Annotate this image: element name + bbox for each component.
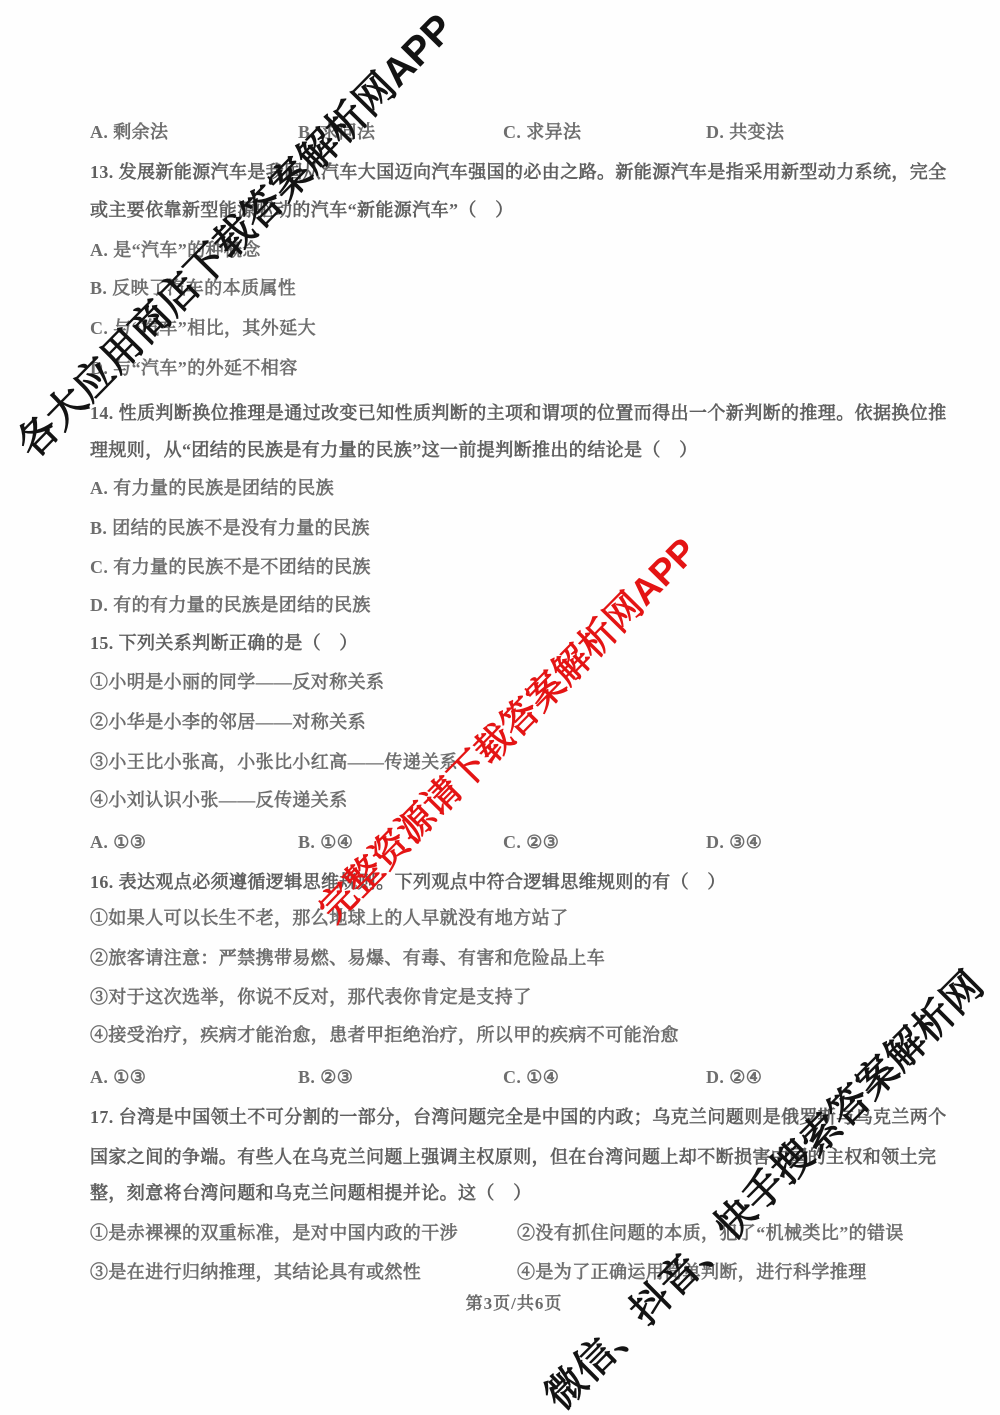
q17-item-3: ③是在进行归纳推理，其结论具有或然性 bbox=[90, 1259, 421, 1285]
q13-line-1: 13. 发展新能源汽车是我国从汽车大国迈向汽车强国的必由之路。新能源汽车是指采用… bbox=[90, 159, 938, 185]
q15-item-3: ③小王比小张高，小张比小红高——传递关系 bbox=[90, 749, 938, 775]
q14-option-b: B. 团结的民族不是没有力量的民族 bbox=[90, 515, 938, 541]
q14-line-1: 14. 性质判断换位推理是通过改变已知性质判断的主项和谓项的位置而得出一个新判断… bbox=[90, 400, 938, 426]
q15-option-a: A. ①③ bbox=[90, 829, 146, 855]
q16-item-1: ①如果人可以长生不老，那么地球上的人早就没有地方站了 bbox=[90, 905, 938, 931]
page-footer: 第3页/共6页 bbox=[90, 1289, 938, 1314]
q13-option-d: D. 与“汽车”的外延不相容 bbox=[90, 355, 938, 381]
q14-option-d: D. 有的有力量的民族是团结的民族 bbox=[90, 592, 938, 618]
q16-options-row: A. ①③ B. ②③ C. ①④ D. ②④ bbox=[90, 1064, 938, 1090]
q16-item-4: ④接受治疗，疾病才能治愈，患者甲拒绝治疗，所以甲的疾病不可能治愈 bbox=[90, 1022, 938, 1048]
q12-option-a: A. 剩余法 bbox=[90, 119, 168, 145]
q17-line-1: 17. 台湾是中国领土不可分割的一部分，台湾问题完全是中国的内政；乌克兰问题则是… bbox=[90, 1104, 938, 1130]
q12-option-b: B. 求同法 bbox=[298, 119, 375, 145]
q13-option-a: A. 是“汽车”的种概念 bbox=[90, 237, 938, 263]
q16-item-3: ③对于这次选举，你说不反对，那代表你肯定是支持了 bbox=[90, 984, 938, 1010]
q15-option-d: D. ③④ bbox=[706, 829, 762, 855]
q14-option-a: A. 有力量的民族是团结的民族 bbox=[90, 475, 938, 501]
q13-option-b: B. 反映了汽车的本质属性 bbox=[90, 275, 938, 301]
watermark-top-left: 各大应用商店下载答案解析网APP bbox=[2, 0, 465, 468]
q15-option-c: C. ②③ bbox=[503, 829, 559, 855]
q15-head: 15. 下列关系判断正确的是（ ） bbox=[90, 630, 938, 656]
q13-option-c: C. 与“汽车”相比，其外延大 bbox=[90, 315, 938, 341]
q17-item-2: ②没有抓住问题的本质，犯了“机械类比”的错误 bbox=[517, 1220, 904, 1246]
q12-option-c: C. 求异法 bbox=[503, 119, 581, 145]
q17-item-1: ①是赤裸裸的双重标准，是对中国内政的干涉 bbox=[90, 1220, 458, 1246]
exam-page: A. 剩余法 B. 求同法 C. 求异法 D. 共变法 13. 发展新能源汽车是… bbox=[0, 0, 1000, 1415]
q15-item-4: ④小刘认识小张——反传递关系 bbox=[90, 787, 938, 813]
q17-item-4: ④是为了正确运用简单判断，进行科学推理 bbox=[517, 1259, 867, 1285]
q15-option-b: B. ①④ bbox=[298, 829, 353, 855]
q17-items-row-1: ①是赤裸裸的双重标准，是对中国内政的干涉 ②没有抓住问题的本质，犯了“机械类比”… bbox=[90, 1220, 938, 1246]
q15-item-1: ①小明是小丽的同学——反对称关系 bbox=[90, 669, 938, 695]
q17-line-3: 整，刻意将台湾问题和乌克兰问题相提并论。这（ ） bbox=[90, 1180, 938, 1206]
q16-item-2: ②旅客请注意：严禁携带易燃、易爆、有毒、有害和危险品上车 bbox=[90, 945, 938, 971]
q17-items-row-2: ③是在进行归纳推理，其结论具有或然性 ④是为了正确运用简单判断，进行科学推理 bbox=[90, 1259, 938, 1285]
q16-option-d: D. ②④ bbox=[706, 1064, 762, 1090]
q16-option-c: C. ①④ bbox=[503, 1064, 559, 1090]
q16-option-b: B. ②③ bbox=[298, 1064, 353, 1090]
q16-head: 16. 表达观点必须遵循逻辑思维规则。下列观点中符合逻辑思维规则的有（ ） bbox=[90, 869, 938, 895]
q12-options-row: A. 剩余法 B. 求同法 C. 求异法 D. 共变法 bbox=[90, 119, 938, 145]
q17-line-2: 国家之间的争端。有些人在乌克兰问题上强调主权原则，但在台湾问题上却不断损害中国的… bbox=[90, 1144, 938, 1170]
q14-option-c: C. 有力量的民族不是不团结的民族 bbox=[90, 554, 938, 580]
q16-option-a: A. ①③ bbox=[90, 1064, 146, 1090]
q15-item-2: ②小华是小李的邻居——对称关系 bbox=[90, 709, 938, 735]
q14-line-2: 理规则，从“团结的民族是有力量的民族”这一前提判断推出的结论是（ ） bbox=[90, 437, 938, 463]
q13-line-2: 或主要依靠新型能源驱动的汽车“新能源汽车”（ ） bbox=[90, 197, 938, 223]
q12-option-d: D. 共变法 bbox=[706, 119, 784, 145]
q15-options-row: A. ①③ B. ①④ C. ②③ D. ③④ bbox=[90, 829, 938, 855]
